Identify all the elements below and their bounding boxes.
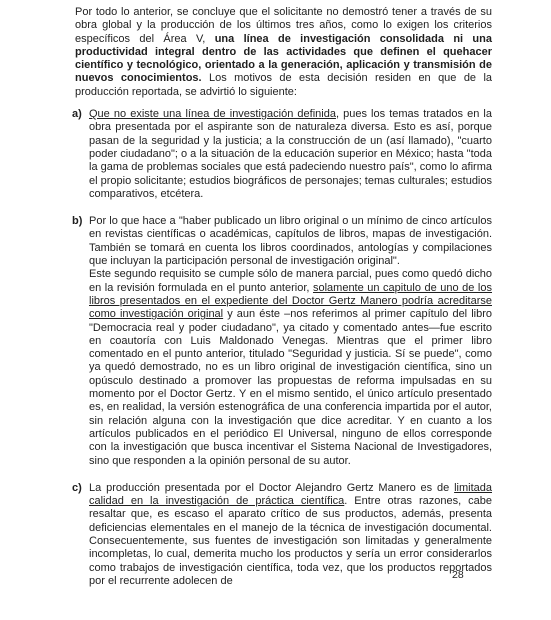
list-item-text: Que no existe una línea de investigación… [89,108,492,200]
page-number: 28 [452,569,464,582]
list-item-label: a) [72,108,82,121]
underlined-text-segment: Que no existe una línea de investigación… [89,108,336,120]
text-segment: Por lo que hace a "haber publicado un li… [89,215,492,267]
list-item-label: c) [72,482,82,495]
list-item-label: b) [72,215,82,228]
text-segment: y aun éste –nos referimos al primer capí… [89,308,492,466]
list-item-text: Por lo que hace a "haber publicado un li… [89,215,492,466]
list: a)Que no existe una línea de investigaci… [72,108,492,588]
list-item: a)Que no existe una línea de investigaci… [72,108,492,201]
list-item-text: La producción presentada por el Doctor A… [89,482,492,587]
list-item: c)La producción presentada por el Doctor… [72,482,492,588]
list-item: b)Por lo que hace a "haber publicado un … [72,215,492,468]
text-segment: La producción presentada por el Doctor A… [89,482,454,494]
page-content: Por todo lo anterior, se concluye que el… [72,6,492,602]
intro-paragraph: Por todo lo anterior, se concluye que el… [75,6,492,99]
text-segment: . Entre otras razones, cabe resaltar que… [89,495,492,587]
text-segment: , pues los temas tratados en la obra pre… [89,108,492,200]
document-page: Por todo lo anterior, se concluye que el… [0,0,551,620]
